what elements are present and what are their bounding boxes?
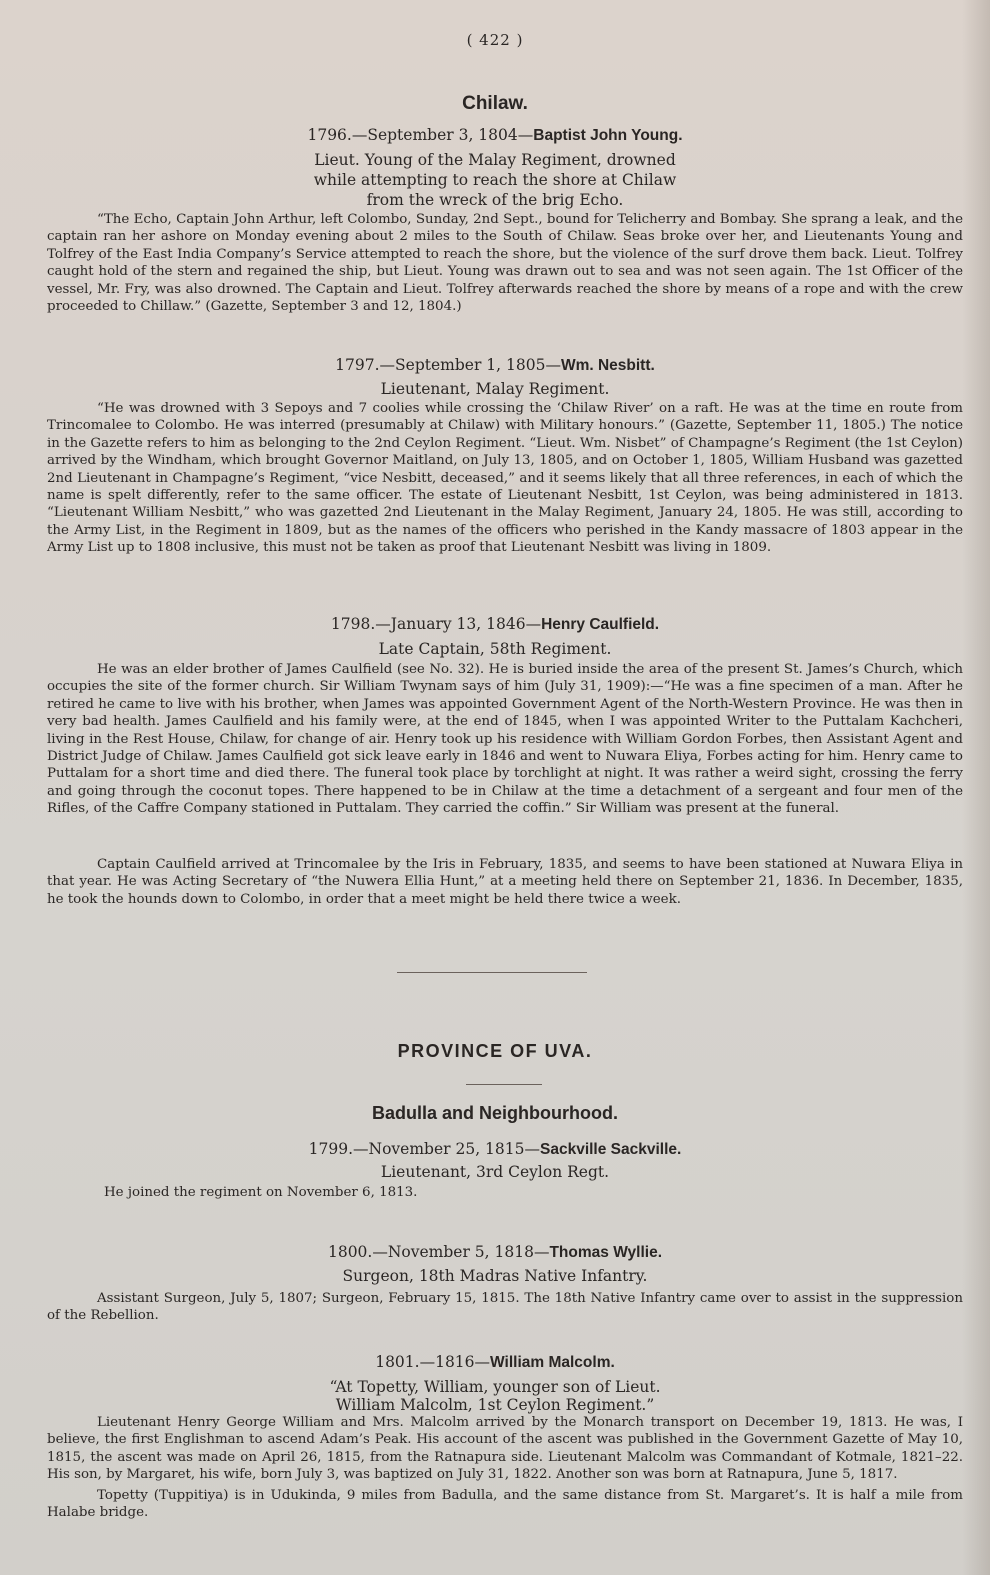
entry-name: Wm. Nesbitt. (561, 357, 655, 374)
entry-number-date: 1801.—1816— (375, 1353, 490, 1371)
entry-name: Thomas Wyllie. (549, 1244, 662, 1261)
entry-name: Sackville Sackville. (540, 1141, 681, 1158)
entry-name: William Malcolm. (490, 1354, 615, 1371)
entry-number-date: 1797.—September 1, 1805— (335, 356, 561, 374)
section-heading-province: PROVINCE OF UVA. (0, 1041, 990, 1062)
entry-number-date: 1800.—November 5, 1818— (328, 1243, 550, 1261)
entry-heading-1800: 1800.—November 5, 1818—Thomas Wyllie. (0, 1243, 990, 1262)
entry-subtitle: Late Captain, 58th Regiment. (0, 640, 990, 658)
entry-paragraph: Lieutenant Henry George William and Mrs.… (47, 1414, 963, 1484)
entry-number-date: 1799.—November 25, 1815— (309, 1140, 540, 1158)
page-edge-shadow (962, 0, 990, 1575)
entry-heading-1799: 1799.—November 25, 1815—Sackville Sackvi… (0, 1140, 990, 1159)
entry-paragraph: Topetty (Tuppitiya) is in Udukinda, 9 mi… (47, 1487, 963, 1522)
entry-subtitle: Lieutenant, 3rd Ceylon Regt. (0, 1163, 990, 1181)
entry-number-date: 1796.—September 3, 1804— (307, 126, 533, 144)
entry-subtitle: William Malcolm, 1st Ceylon Regiment.” (0, 1396, 990, 1414)
entry-paragraph: “The Echo, Captain John Arthur, left Col… (47, 211, 963, 315)
entry-paragraph: He joined the regiment on November 6, 18… (104, 1184, 990, 1201)
entry-subtitle: Surgeon, 18th Madras Native Infantry. (0, 1267, 990, 1285)
entry-heading-1796: 1796.—September 3, 1804—Baptist John You… (0, 126, 990, 145)
section-heading-chilaw: Chilaw. (0, 93, 990, 115)
entry-subtitle: from the wreck of the brig Echo. (0, 191, 990, 209)
entry-name: Baptist John Young. (533, 127, 682, 144)
entry-subtitle: Lieutenant, Malay Regiment. (0, 380, 990, 398)
entry-paragraph: “He was drowned with 3 Sepoys and 7 cool… (47, 400, 963, 557)
book-page: ( 422 ) Chilaw. 1796.—September 3, 1804—… (0, 0, 990, 1575)
entry-paragraph: Captain Caulfield arrived at Trincomalee… (47, 856, 963, 908)
entry-heading-1801: 1801.—1816—William Malcolm. (0, 1353, 990, 1372)
section-divider (466, 1084, 542, 1085)
entry-heading-1797: 1797.—September 1, 1805—Wm. Nesbitt. (0, 356, 990, 375)
entry-subtitle: while attempting to reach the shore at C… (0, 171, 990, 189)
section-divider (397, 972, 587, 973)
entry-paragraph: Assistant Surgeon, July 5, 1807; Surgeon… (47, 1290, 963, 1325)
entry-paragraph: He was an elder brother of James Caulfie… (47, 661, 963, 818)
entry-subtitle: Lieut. Young of the Malay Regiment, drow… (0, 151, 990, 169)
section-heading-badulla: Badulla and Neighbourhood. (0, 1103, 990, 1124)
page-number: ( 422 ) (0, 31, 990, 49)
entry-subtitle: “At Topetty, William, younger son of Lie… (0, 1378, 990, 1396)
entry-name: Henry Caulfield. (541, 616, 659, 633)
entry-heading-1798: 1798.—January 13, 1846—Henry Caulfield. (0, 615, 990, 634)
entry-number-date: 1798.—January 13, 1846— (331, 615, 541, 633)
